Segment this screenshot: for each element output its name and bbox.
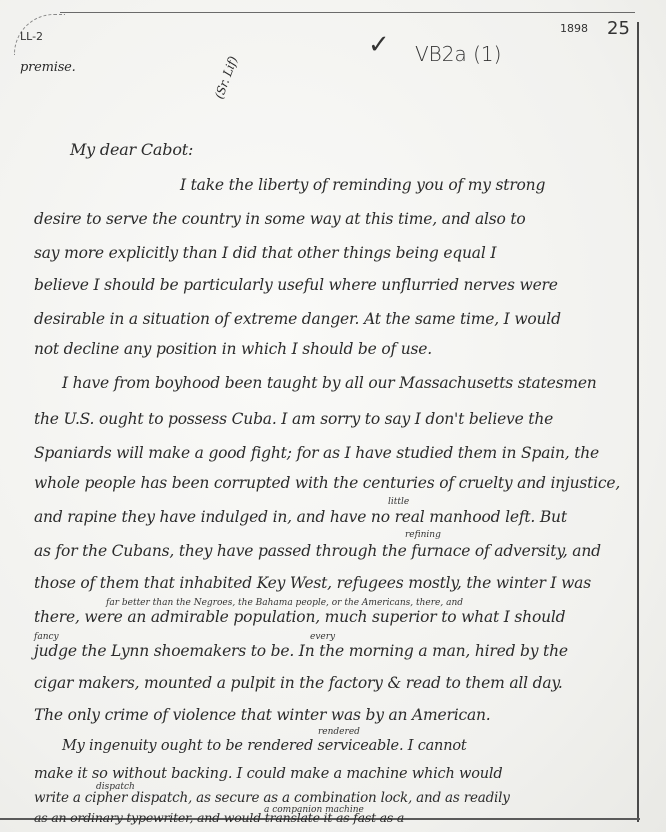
letter-line: the U.S. ought to possess Cuba. I am sor… — [34, 410, 553, 428]
letter-line: Spaniards will make a good fight; for as… — [34, 444, 599, 462]
insertion-far-better: far better than the Negroes, the Bahama … — [106, 598, 463, 608]
page-edge-top — [60, 12, 635, 13]
insertion-rendered: rendered — [318, 727, 360, 737]
letter-line: cigar makers, mounted a pulpit in the fa… — [34, 674, 563, 692]
letter-line: say more explicitly than I did that othe… — [34, 244, 496, 262]
page-number: 25 — [607, 18, 630, 39]
letter-line: not decline any position in which I shou… — [34, 340, 432, 358]
year-annotation: 1898 — [560, 22, 588, 35]
letter-line: make it so without backing. I could make… — [34, 766, 502, 782]
salutation-note: (Sr. Lif) — [212, 55, 240, 101]
insertion-every: every — [310, 632, 335, 642]
letter-line: there, were an admirable population, muc… — [34, 608, 565, 626]
letter-page: LL-2 premise. ✓ VB2a (1) 1898 25 My dear… — [0, 0, 666, 832]
salutation: My dear Cabot: — [70, 140, 193, 159]
letter-line: whole people has been corrupted with the… — [34, 474, 620, 492]
letter-line: judge the Lynn shoemakers to be. In the … — [34, 642, 568, 660]
letter-line: The only crime of violence that winter w… — [34, 706, 491, 724]
letter-line: believe I should be particularly useful … — [34, 276, 558, 294]
letter-line: desirable in a situation of extreme dang… — [34, 310, 561, 328]
letter-line: desire to serve the country in some way … — [34, 210, 526, 228]
letter-line: as for the Cubans, they have passed thro… — [34, 542, 601, 560]
insertion-refining: refining — [405, 530, 441, 540]
letter-line: write a cipher dispatch, as secure as a … — [34, 790, 510, 806]
checkmark-icon: ✓ — [368, 30, 390, 60]
letter-line: My ingenuity ought to be rendered servic… — [62, 738, 467, 754]
letter-line: as an ordinary typewriter, and would tra… — [34, 810, 404, 825]
letter-line: and rapine they have indulged in, and ha… — [34, 508, 567, 526]
archive-code: VB2a (1) — [415, 42, 501, 66]
letter-line: I have from boyhood been taught by all o… — [62, 374, 597, 392]
insertion-fancy: fancy — [34, 632, 59, 642]
margin-word: premise. — [20, 60, 76, 75]
insertion-little: little — [388, 497, 409, 507]
letter-line: those of them that inhabited Key West, r… — [34, 574, 591, 592]
letter-line: I take the liberty of reminding you of m… — [180, 176, 545, 194]
page-edge-right — [637, 22, 639, 822]
reference-code: LL-2 — [20, 30, 43, 43]
